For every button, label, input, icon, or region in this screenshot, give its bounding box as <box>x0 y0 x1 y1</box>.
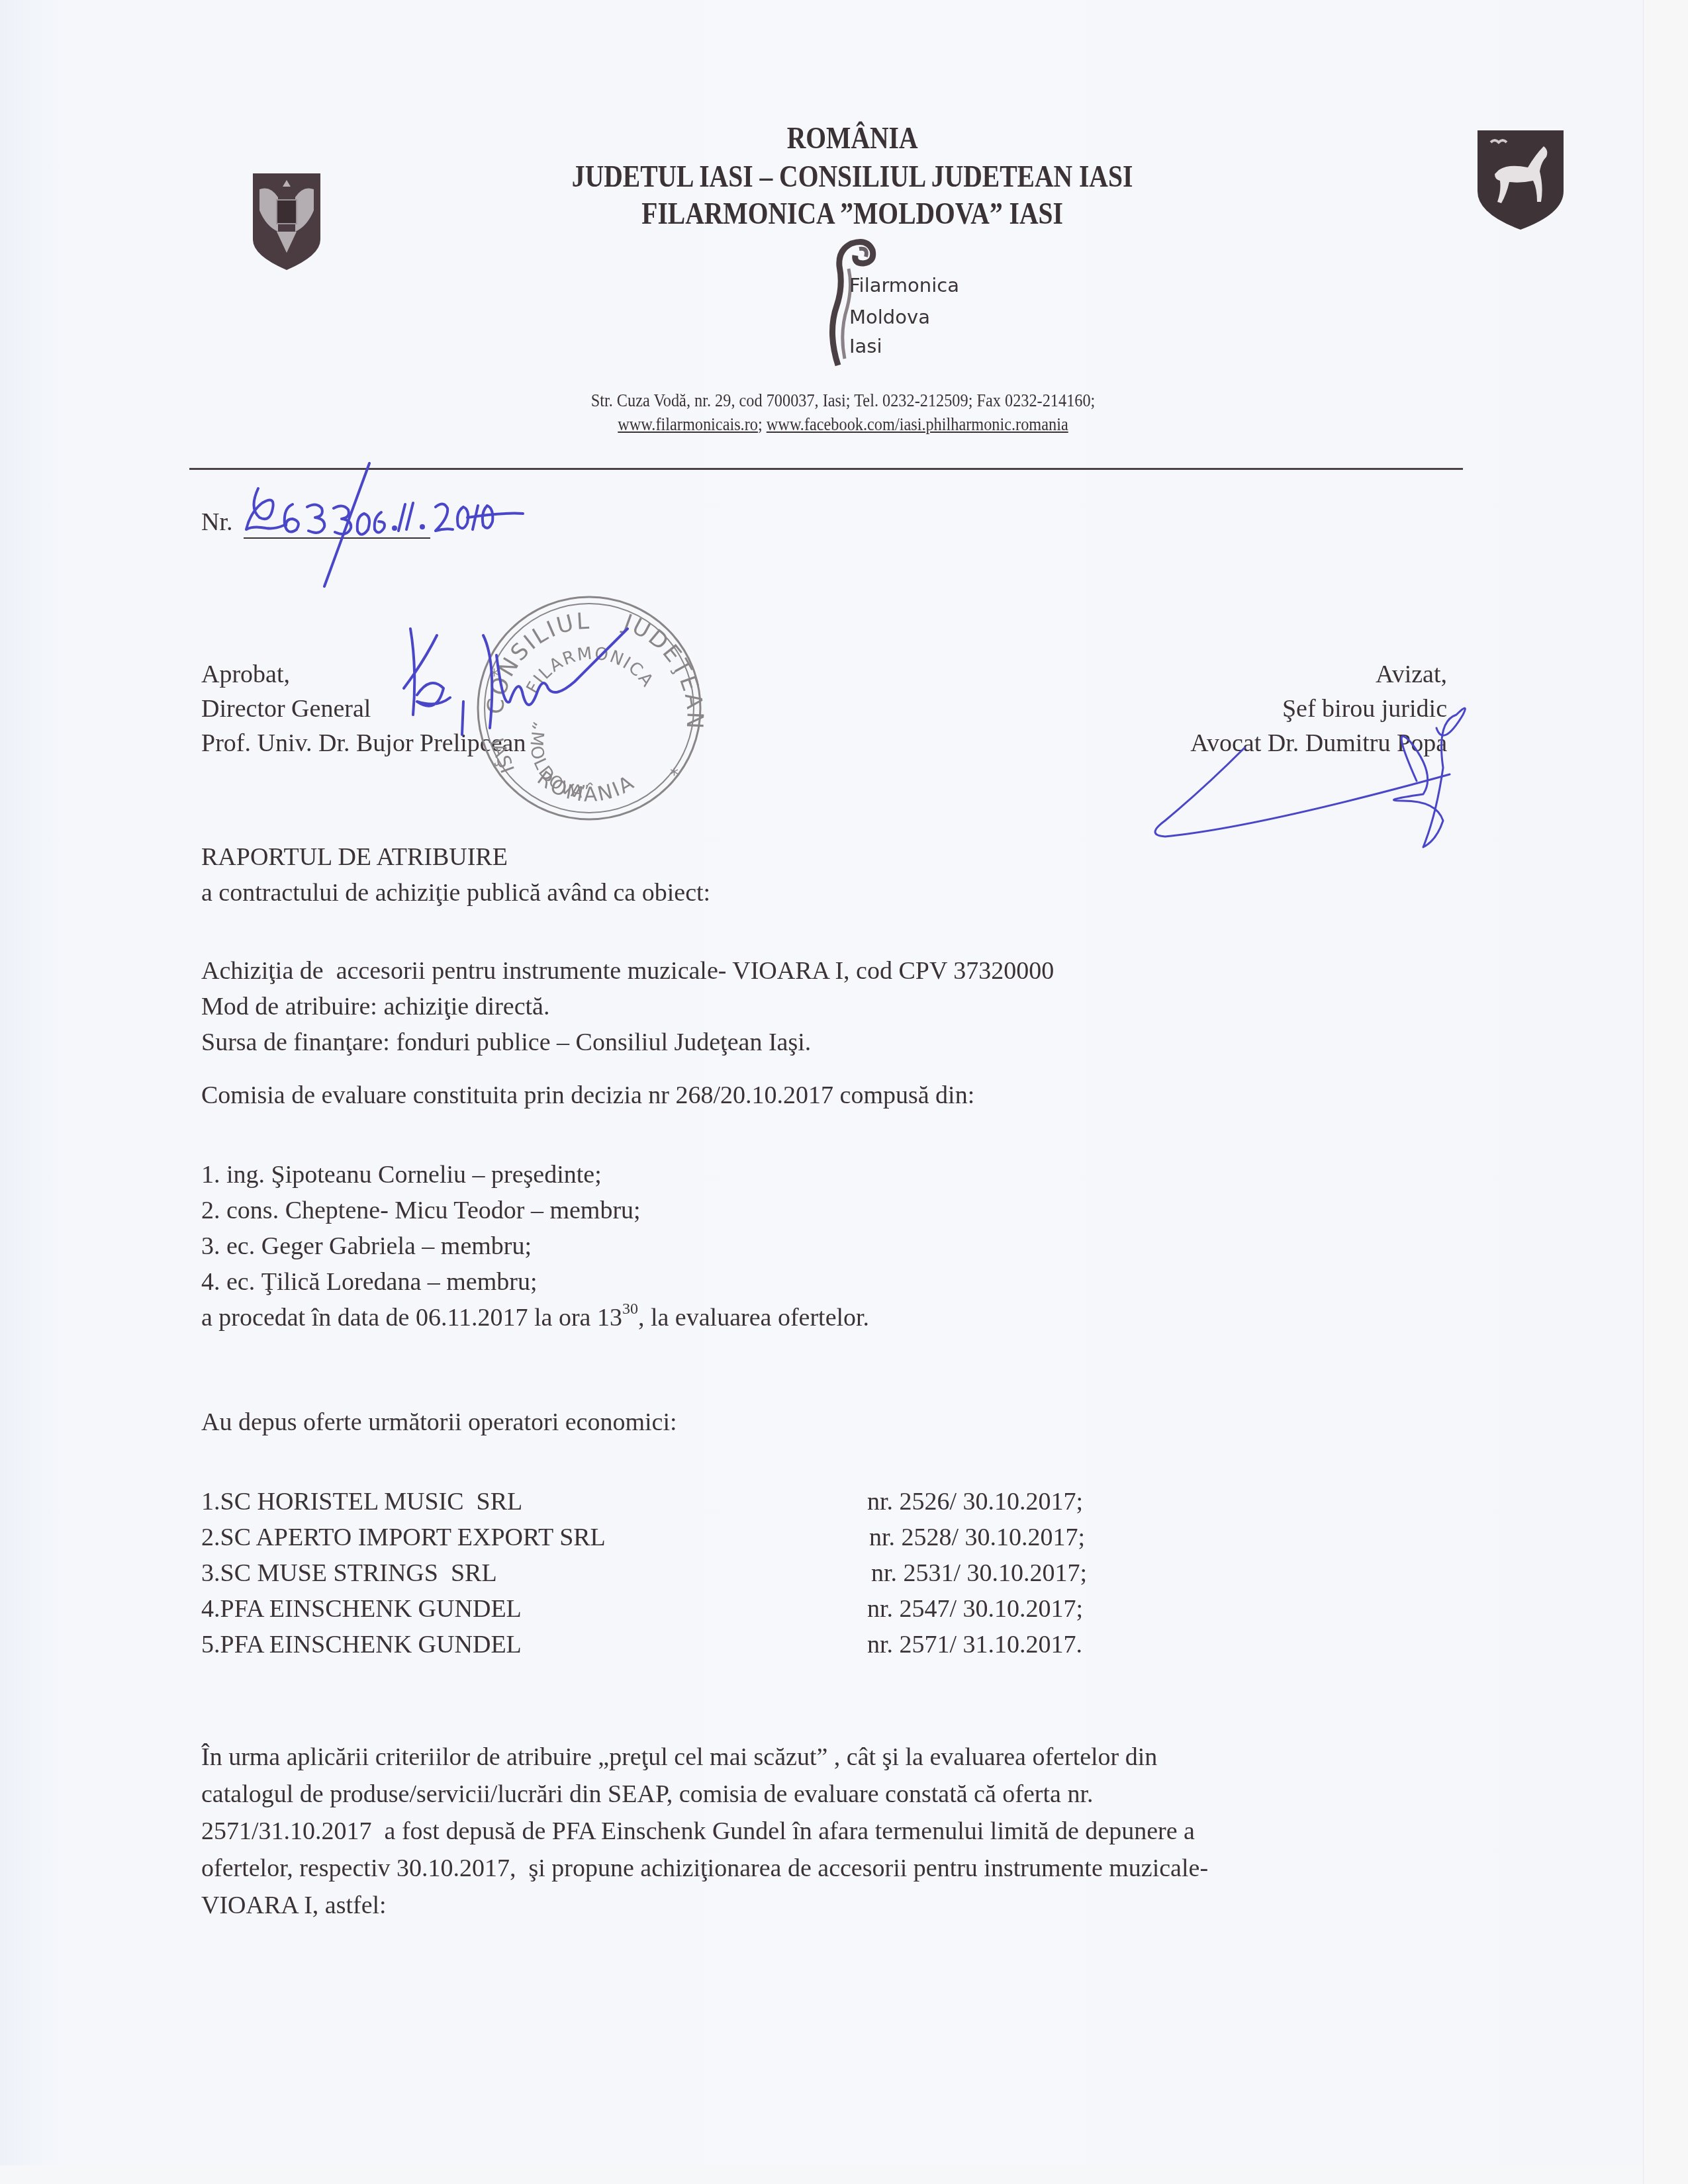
logo-text-filarmonica: Filarmonica <box>849 276 959 295</box>
approval-title: Aprobat, <box>201 662 290 687</box>
commission-member: 4. ec. Ţilică Loredana – membru; <box>201 1269 538 1295</box>
offer-operator: 1.SC HORISTEL MUSIC SRL <box>201 1489 522 1514</box>
scan-page-edge <box>1643 0 1688 2184</box>
header-links: www.filarmonicais.ro; www.facebook.com/i… <box>83 414 1603 435</box>
legal-advisor-signature <box>1125 682 1523 854</box>
offer-operator: 3.SC MUSE STRINGS SRL <box>201 1561 497 1586</box>
evaluation-text-end: , la evaluarea ofertelor. <box>638 1304 869 1332</box>
offer-operator: 2.SC APERTO IMPORT EXPORT SRL <box>201 1525 606 1550</box>
offer-operator: 4.PFA EINSCHENK GUNDEL <box>201 1596 522 1621</box>
iasi-horse-shield-icon <box>1475 128 1566 231</box>
header-institution: FILARMONICA ”MOLDOVA” IASI <box>126 196 1578 231</box>
commission-member: 2. cons. Cheptene- Micu Teodor – membru; <box>201 1198 641 1223</box>
commission-member: 1. ing. Şipoteanu Corneliu – preşedinte; <box>201 1162 602 1187</box>
conclusion-line: VIOARA I, astfel: <box>201 1893 387 1918</box>
report-funding: Sursa de finanţare: fonduri publice – Co… <box>201 1030 811 1055</box>
romania-coat-of-arms-icon <box>250 171 323 271</box>
report-procedure: Mod de atribuire: achiziţie directă. <box>201 994 550 1019</box>
document-page: ROMÂNIA JUDETUL IASI – CONSILIUL JUDETEA… <box>0 0 1643 2165</box>
conclusion-line: 2571/31.10.2017 a fost depusă de PFA Ein… <box>201 1819 1195 1844</box>
offers-intro: Au depus oferte următorii operatori econ… <box>201 1410 677 1435</box>
report-title: RAPORTUL DE ATRIBUIRE <box>201 844 508 870</box>
conclusion-line: În urma aplicării criteriilor de atribui… <box>201 1745 1157 1770</box>
offer-reference: nr. 2528/ 30.10.2017; <box>869 1525 1085 1550</box>
offer-reference: nr. 2531/ 30.10.2017; <box>871 1561 1087 1586</box>
conclusion-line: catalogul de produse/servicii/lucrări di… <box>201 1782 1093 1807</box>
conclusion-line: ofertelor, respectiv 30.10.2017, şi prop… <box>201 1856 1208 1881</box>
website-link[interactable]: www.filarmonicais.ro <box>618 414 758 434</box>
filarmonica-scroll-logo-icon <box>781 233 993 372</box>
report-subtitle: a contractului de achiziţie publică avân… <box>201 880 710 905</box>
offer-reference: nr. 2547/ 30.10.2017; <box>867 1596 1083 1621</box>
logo-text-moldova: Moldova <box>849 308 930 327</box>
registration-label: Nr. <box>201 510 233 535</box>
offer-reference: nr. 2571/ 31.10.2017. <box>867 1632 1082 1657</box>
director-signature <box>397 615 702 781</box>
logo-text-iasi: Iasi <box>849 337 882 356</box>
commission-member: 3. ec. Geger Gabriela – membru; <box>201 1234 532 1259</box>
header-country: ROMÂNIA <box>126 120 1578 156</box>
facebook-link[interactable]: www.facebook.com/iasi.philharmonic.roman… <box>767 414 1068 434</box>
header-county-council: JUDETUL IASI – CONSILIUL JUDETEAN IASI <box>126 159 1578 194</box>
offer-operator: 5.PFA EINSCHENK GUNDEL <box>201 1632 522 1657</box>
evaluation-time-minutes: 30 <box>622 1300 638 1318</box>
header-address: Str. Cuza Vodă, nr. 29, cod 700037, Iasi… <box>83 390 1603 411</box>
approval-role: Director General <box>201 696 371 721</box>
links-separator: ; <box>758 414 763 434</box>
report-object: Achiziţia de accesorii pentru instrument… <box>201 958 1054 983</box>
commission-intro: Comisia de evaluare constituita prin dec… <box>201 1083 974 1108</box>
evaluation-statement: a procedat în data de 06.11.2017 la ora … <box>201 1305 869 1330</box>
offer-reference: nr. 2526/ 30.10.2017; <box>867 1489 1083 1514</box>
evaluation-text: a procedat în data de 06.11.2017 la ora … <box>201 1304 622 1332</box>
